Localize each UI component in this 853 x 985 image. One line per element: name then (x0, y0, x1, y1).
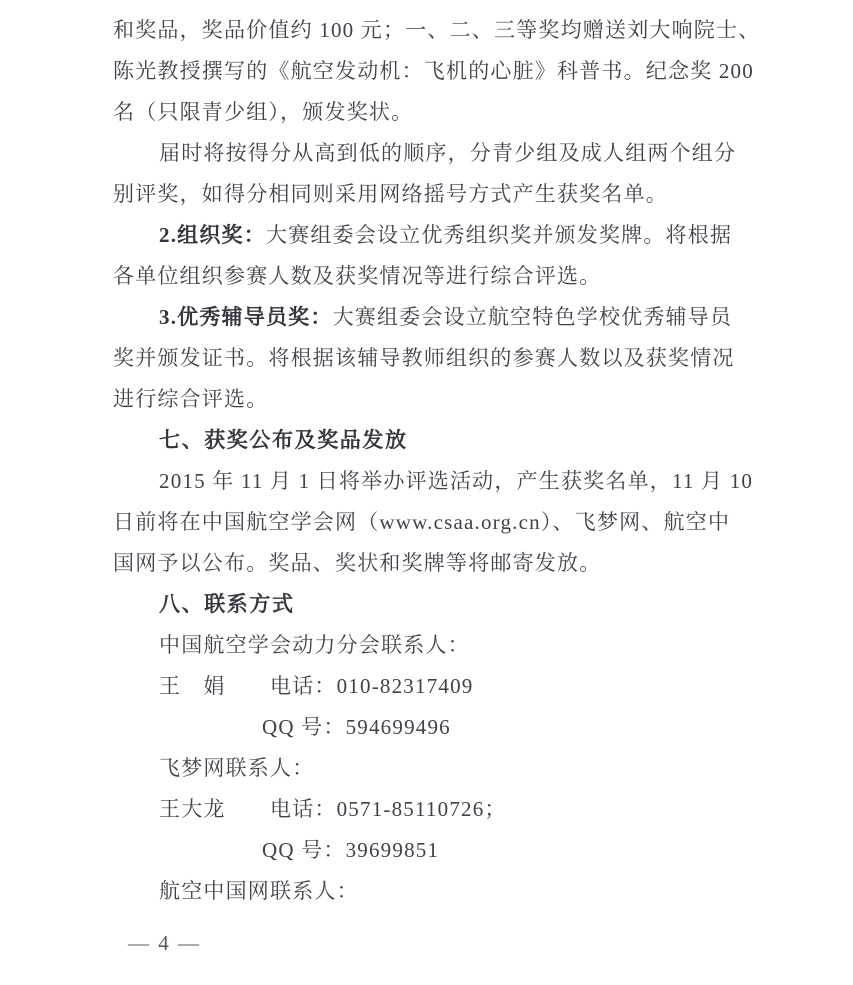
para-prizes-line-2: 陈光教授撰写的《航空发动机：飞机的心脏》科普书。纪念奖 200 (113, 51, 773, 92)
para-announcement-line-2: 日前将在中国航空学会网（www.csaa.org.cn）、飞梦网、航空中 (113, 502, 773, 543)
document-body: 和奖品，奖品价值约 100 元；一、二、三等奖均赠送刘大响院士、 陈光教授撰写的… (113, 10, 773, 912)
para-organization-award-line-2: 各单位组织参赛人数及获奖情况等进行综合评选。 (113, 256, 773, 297)
heading-section-eight: 八、联系方式 (113, 584, 773, 625)
instructor-award-label: 3.优秀辅导员奖： (159, 305, 333, 329)
contact-aviation-china-title: 航空中国网联系人： (113, 871, 773, 912)
contact-wang-dalong-phone: 王大龙 电话：0571-85110726； (113, 789, 773, 830)
organization-award-text: 大赛组委会设立优秀组织奖并颁发奖牌。将根据 (266, 223, 732, 247)
para-instructor-award-line-2: 奖并颁发证书。将根据该辅导教师组织的参赛人数以及获奖情况 (113, 338, 773, 379)
para-organization-award-line-1: 2.组织奖：大赛组委会设立优秀组织奖并颁发奖牌。将根据 (113, 215, 773, 256)
para-ranking-line-1: 届时将按得分从高到低的顺序，分青少组及成人组两个组分 (113, 133, 773, 174)
contact-feimeng-title: 飞梦网联系人： (113, 748, 773, 789)
para-prizes-line-3: 名（只限青少组），颁发奖状。 (113, 92, 773, 133)
instructor-award-text: 大赛组委会设立航空特色学校优秀辅导员 (333, 305, 733, 329)
para-prizes-line-1: 和奖品，奖品价值约 100 元；一、二、三等奖均赠送刘大响院士、 (113, 10, 773, 51)
heading-section-seven: 七、获奖公布及奖品发放 (113, 420, 773, 461)
document-page: 和奖品，奖品价值约 100 元；一、二、三等奖均赠送刘大响院士、 陈光教授撰写的… (0, 0, 853, 985)
contact-wang-juan-phone: 王 娟 电话：010-82317409 (113, 666, 773, 707)
contact-wang-dalong-qq: QQ 号：39699851 (113, 830, 773, 871)
organization-award-label: 2.组织奖： (159, 223, 266, 247)
para-announcement-line-1: 2015 年 11 月 1 日将举办评选活动，产生获奖名单，11 月 10 (113, 461, 773, 502)
para-instructor-award-line-1: 3.优秀辅导员奖：大赛组委会设立航空特色学校优秀辅导员 (113, 297, 773, 338)
contact-wang-juan-qq: QQ 号：594699496 (113, 707, 773, 748)
contact-csaa-title: 中国航空学会动力分会联系人： (113, 625, 773, 666)
page-number: — 4 — (128, 927, 201, 959)
para-ranking-line-2: 别评奖，如得分相同则采用网络摇号方式产生获奖名单。 (113, 174, 773, 215)
para-announcement-line-3: 国网予以公布。奖品、奖状和奖牌等将邮寄发放。 (113, 543, 773, 584)
para-instructor-award-line-3: 进行综合评选。 (113, 379, 773, 420)
